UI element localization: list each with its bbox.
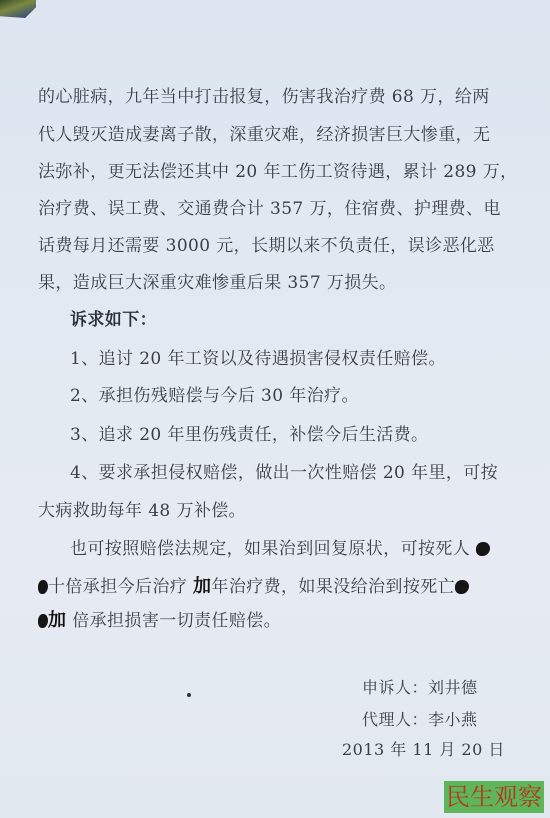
final-para-text: 也可按照赔偿法规定，如果治到回复原状，可按死人 [70,539,470,559]
body-line: 代人毁灭造成妻离子散，深重灾难，经济损害巨大惨重，无 [38,127,490,144]
body-line: 治疗费、误工费、交通费合计 357 万，住宿费、护理费、电 [38,201,501,218]
corner-tape-mark [0,0,36,18]
speck [187,693,191,697]
claim-item-continuation: 大病救助每年 48 万补偿。 [38,503,246,520]
watermark-badge: 民生观察 [444,781,544,813]
claim-item: 1、追讨 20 年工资以及待遇损害侵权责任赔偿。 [70,351,446,368]
body-line: 果，造成巨大深重灾难惨重后果 357 万损失。 [38,275,396,292]
agent-signature: 代理人：李小燕 [362,712,478,728]
complainant-signature: 申诉人：刘井德 [362,680,478,696]
handwritten-insertion: 加 [193,576,211,597]
body-line: 话费每月还需要 3000 元，长期以来不负责任，误诊恶化恶 [38,238,495,255]
claim-item: 4、要求承担侵权赔偿，做出一次性赔偿 20 年里，可按 [70,465,498,482]
body-line: 的心脏病，九年当中打击报复，伤害我治疗费 68 万，给两 [38,89,490,106]
claim-item: 2、承担伤残赔偿与今后 30 年治疗。 [70,388,359,405]
ink-redaction-mark [455,580,469,594]
ink-redaction-mark [476,542,490,556]
ink-redaction-mark [38,580,48,594]
handwritten-insertion: 加 [48,610,66,631]
final-para-line: 也可按照赔偿法规定，如果治到回复原状，可按死人 [70,541,490,558]
final-para-line: 加 倍承担损害一切责任赔偿。 [38,612,281,630]
body-line: 法弥补，更无法偿还其中 20 年工伤工资待遇，累计 289 万， [38,164,518,181]
final-para-text: 年治疗费，如果没给治到按死亡 [211,577,455,597]
signature-date: 2013 年 11 月 20 日 [342,742,505,758]
final-para-text: 十倍承担今后治疗 [48,577,187,597]
claims-heading: 诉求如下： [70,312,157,329]
final-para-line: 十倍承担今后治疗 加年治疗费，如果没给治到按死亡 [38,578,469,596]
final-para-text: 倍承担损害一切责任赔偿。 [72,611,281,631]
claim-item: 3、追求 20 年里伤残责任，补偿今后生活费。 [70,427,428,444]
ink-redaction-mark [38,614,48,628]
